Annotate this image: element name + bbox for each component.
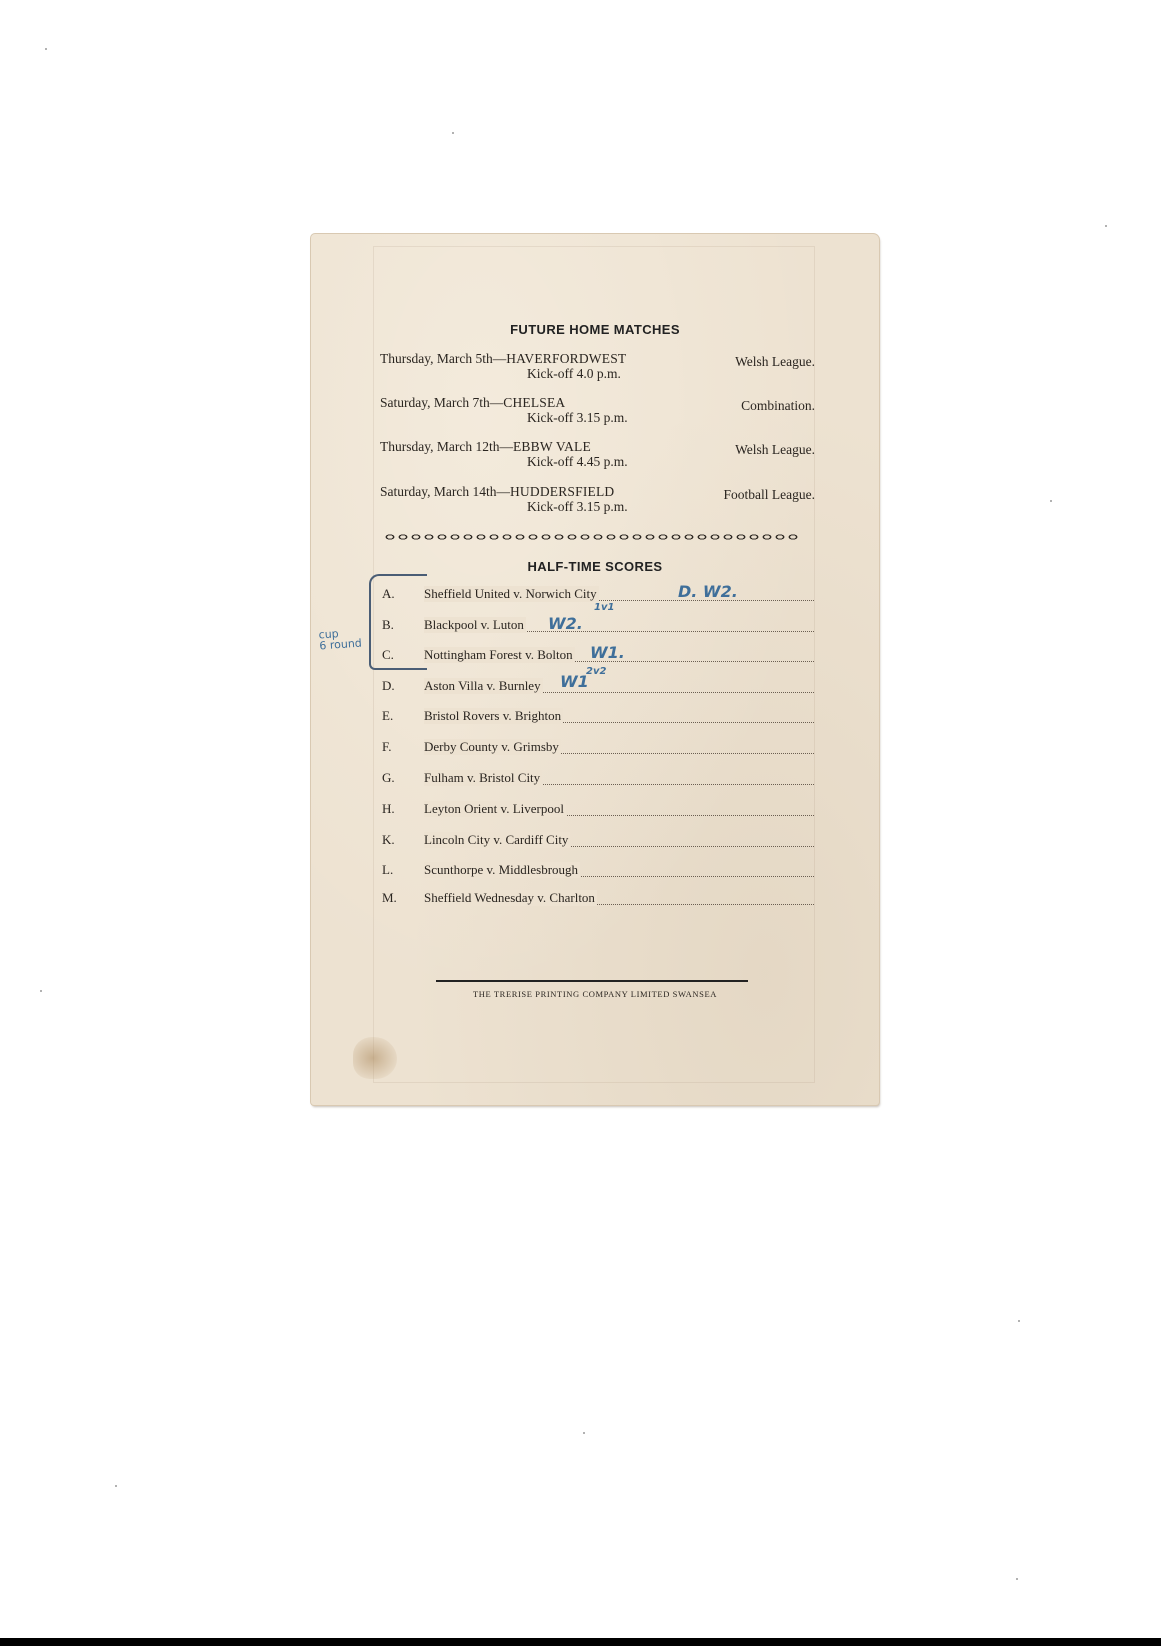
- score-row: D. Aston Villa v. Burnley W1 2v2: [382, 678, 814, 698]
- score-row: B. Blackpool v. Luton W2. 1v1: [382, 617, 814, 637]
- scan-speck: [1016, 1578, 1018, 1580]
- score-letter: D.: [382, 678, 395, 694]
- score-row: M. Sheffield Wednesday v. Charlton: [382, 890, 814, 910]
- score-row: G. Fulham v. Bristol City: [382, 770, 814, 790]
- fixture-date: Thursday, March 5th: [380, 351, 493, 366]
- fixture-competition: Welsh League.: [735, 354, 815, 370]
- fixture-date: Saturday, March 7th: [380, 395, 490, 410]
- score-row: E. Bristol Rovers v. Brighton: [382, 708, 814, 728]
- fixture-row: Saturday, March 7th—CHELSEA Kick-off 3.1…: [380, 395, 850, 429]
- handwritten-result: W2.: [548, 614, 583, 633]
- fixture-date: Thursday, March 12th: [380, 439, 499, 454]
- cup-note-line2: 6 round: [319, 638, 362, 652]
- handwritten-result: W1.: [590, 643, 625, 662]
- score-match: Sheffield United v. Norwich City: [424, 586, 599, 602]
- fixture-competition: Combination.: [741, 398, 815, 414]
- scan-speck: [1105, 225, 1107, 227]
- fixture-kickoff: Kick-off 4.45 p.m.: [527, 454, 628, 470]
- score-letter: L.: [382, 862, 393, 878]
- score-match: Sheffield Wednesday v. Charlton: [424, 890, 597, 906]
- scan-speck: [583, 1432, 585, 1434]
- handwritten-score-note: 2v2: [586, 666, 606, 677]
- fixture-row: Thursday, March 5th—HAVERFORDWEST Kick-o…: [380, 351, 850, 385]
- scan-speck: [45, 48, 47, 50]
- score-letter: F.: [382, 739, 391, 755]
- printer-imprint: THE TRERISE PRINTING COMPANY LIMITED SWA…: [311, 989, 879, 999]
- scan-bottom-edge: [0, 1638, 1161, 1646]
- half-time-scores-heading: HALF-TIME SCORES: [311, 559, 879, 574]
- fixture-opponent: CHELSEA: [503, 395, 565, 410]
- fixture-date-opponent: Saturday, March 7th—CHELSEA: [380, 395, 565, 411]
- handwritten-result: D. W2.: [678, 582, 738, 601]
- fixture-opponent: HUDDERSFIELD: [510, 484, 614, 499]
- fixture-opponent: HAVERFORDWEST: [506, 351, 626, 366]
- fixture-kickoff: Kick-off 4.0 p.m.: [527, 366, 621, 382]
- handwritten-cup-note: cup 6 round: [318, 627, 362, 652]
- score-match: Leyton Orient v. Liverpool: [424, 801, 566, 817]
- score-row: C. Nottingham Forest v. Bolton W1.: [382, 647, 814, 667]
- fixture-kickoff: Kick-off 3.15 p.m.: [527, 499, 628, 515]
- ornamental-divider: [385, 532, 801, 542]
- scan-speck: [452, 132, 454, 134]
- fixture-opponent: EBBW VALE: [513, 439, 591, 454]
- fixture-competition: Football League.: [724, 487, 815, 503]
- scan-speck: [115, 1485, 117, 1487]
- score-letter: M.: [382, 890, 397, 906]
- score-letter: C.: [382, 647, 394, 663]
- scan-speck: [1018, 1320, 1020, 1322]
- score-match: Blackpool v. Luton: [424, 617, 526, 633]
- score-match: Lincoln City v. Cardiff City: [424, 832, 570, 848]
- footer-rule: [436, 980, 748, 982]
- future-home-matches-heading: FUTURE HOME MATCHES: [311, 322, 879, 337]
- score-match: Scunthorpe v. Middlesbrough: [424, 862, 580, 878]
- score-match: Bristol Rovers v. Brighton: [424, 708, 563, 724]
- score-row: L. Scunthorpe v. Middlesbrough: [382, 862, 814, 882]
- score-match: Fulham v. Bristol City: [424, 770, 542, 786]
- score-row: K. Lincoln City v. Cardiff City: [382, 832, 814, 852]
- scan-speck: [40, 990, 42, 992]
- score-match: Nottingham Forest v. Bolton: [424, 647, 575, 663]
- score-row: F. Derby County v. Grimsby: [382, 739, 814, 759]
- score-letter: B.: [382, 617, 394, 633]
- score-letter: K.: [382, 832, 395, 848]
- score-row: H. Leyton Orient v. Liverpool: [382, 801, 814, 821]
- fixture-competition: Welsh League.: [735, 442, 815, 458]
- fixture-date-opponent: Thursday, March 5th—HAVERFORDWEST: [380, 351, 626, 367]
- score-match: Derby County v. Grimsby: [424, 739, 561, 755]
- scan-speck: [1050, 500, 1052, 502]
- score-letter: E.: [382, 708, 393, 724]
- score-letter: G.: [382, 770, 395, 786]
- score-match: Aston Villa v. Burnley: [424, 678, 543, 694]
- score-letter: H.: [382, 801, 395, 817]
- fixture-kickoff: Kick-off 3.15 p.m.: [527, 410, 628, 426]
- programme-back-page: FUTURE HOME MATCHES Thursday, March 5th—…: [311, 234, 879, 1105]
- fixture-date-opponent: Thursday, March 12th—EBBW VALE: [380, 439, 591, 455]
- fixture-date: Saturday, March 14th: [380, 484, 496, 499]
- fixture-row: Saturday, March 14th—HUDDERSFIELD Kick-o…: [380, 484, 850, 518]
- fixture-row: Thursday, March 12th—EBBW VALE Kick-off …: [380, 439, 850, 473]
- handwritten-result: W1: [560, 672, 589, 691]
- handwritten-score-note: 1v1: [594, 602, 614, 613]
- paper-stain: [353, 1037, 397, 1079]
- fixture-date-opponent: Saturday, March 14th—HUDDERSFIELD: [380, 484, 614, 500]
- score-letter: A.: [382, 586, 395, 602]
